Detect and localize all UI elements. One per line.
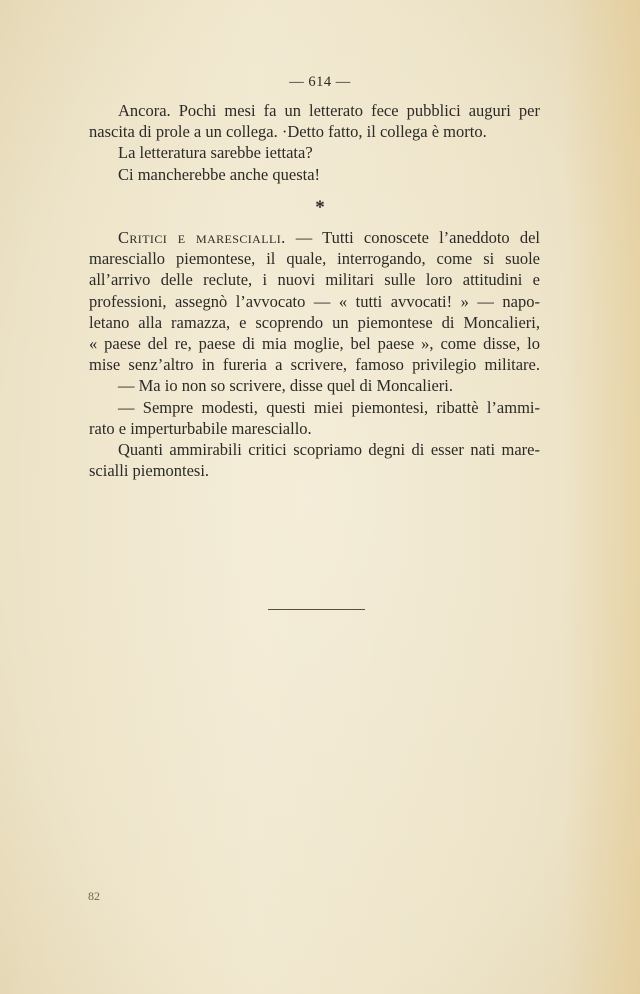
- text-line: « paese del re, paese di mia moglie, bel…: [89, 333, 540, 354]
- text-line: mise senz’altro in fureria a scrivere, f…: [89, 354, 540, 375]
- text-line: nascita di prole a un collega. ·Detto fa…: [89, 121, 540, 142]
- text-line: — Sempre modesti, questi miei piemontesi…: [89, 397, 540, 418]
- text-fragment: — Tutti conoscete l’aneddoto del: [286, 228, 540, 247]
- text-line-with-heading: Critici e marescialli. — Tutti conoscete…: [89, 227, 540, 248]
- text-line: La letteratura sarebbe iettata?: [89, 142, 540, 163]
- text-line: Ci mancherebbe anche questa!: [89, 164, 540, 185]
- text-line: Ancora. Pochi mesi fa un letterato fece …: [89, 100, 540, 121]
- paragraph-critici-e-marescialli: Critici e marescialli. — Tutti conoscete…: [89, 227, 540, 481]
- text-line: Quanti ammirabili critici scopriamo degn…: [89, 439, 540, 460]
- text-line: all’arrivo delle reclute, i nuovi milita…: [89, 269, 540, 290]
- paragraph-ancora: Ancora. Pochi mesi fa un letterato fece …: [89, 100, 540, 185]
- text-line: rato e imperturbabile maresciallo.: [89, 418, 540, 439]
- book-page: — 614 — Ancora. Pochi mesi fa un lettera…: [0, 0, 640, 994]
- page-number: — 614 —: [0, 74, 640, 91]
- text-line: maresciallo piemontese, il quale, interr…: [89, 248, 540, 269]
- text-line: scialli piemontesi.: [89, 460, 540, 481]
- section-heading: Critici e marescialli.: [118, 228, 286, 247]
- end-of-section-rule: [268, 609, 365, 610]
- text-line: letano alla ramazza, e scoprendo un piem…: [89, 312, 540, 333]
- signature-mark: 82: [88, 889, 100, 904]
- text-line: professioni, assegnò l’avvocato — « tutt…: [89, 291, 540, 312]
- text-line: — Ma io non so scrivere, disse quel di M…: [89, 375, 540, 396]
- section-separator-asterisk: *: [0, 197, 640, 219]
